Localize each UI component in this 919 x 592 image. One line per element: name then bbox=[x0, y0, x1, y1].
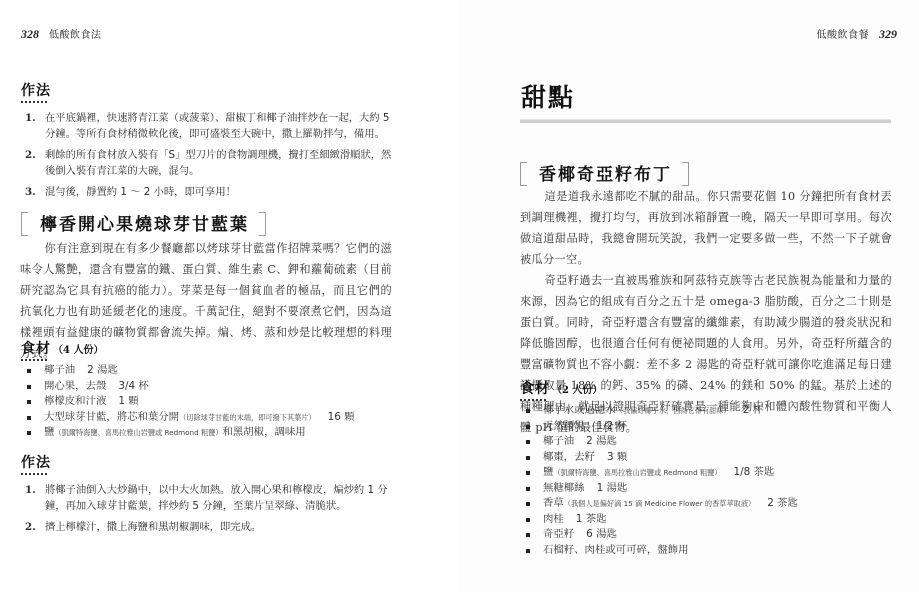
step-text: 混勻後，靜置約 1 ～ 2 小時，即可享用！ bbox=[45, 186, 236, 198]
recipe-title-text: 香椰奇亞籽布丁 bbox=[539, 165, 672, 185]
ingredients-label: 食材 bbox=[520, 381, 550, 397]
ingredient-name: 奇亞籽 bbox=[543, 528, 574, 540]
running-head-right: 低酸飲食餐329 bbox=[817, 26, 898, 42]
step-text: 剩餘的所有食材放入裝有「S」型刀片的食物調理機，攪打至細緻滑順狀，然後倒入裝有青… bbox=[45, 149, 391, 177]
ingredient-amount: 和黑胡椒，調味用 bbox=[223, 426, 306, 438]
ingredient-item: 肉桂1 茶匙 bbox=[524, 512, 914, 528]
chapter-divider bbox=[520, 119, 891, 123]
ingredient-note: （切除球芽甘藍的末端，即可撥下其葉片） bbox=[179, 413, 316, 422]
ingredient-name: 椰子水或過濾水 bbox=[543, 404, 616, 416]
ingredient-item: 檸檬皮和汁液1 顆 bbox=[25, 394, 425, 410]
ingredient-amount: 2 茶匙 bbox=[767, 497, 798, 509]
ingredient-amount: 1 茶匙 bbox=[576, 513, 607, 525]
ingredient-name: 鹽 bbox=[44, 426, 54, 438]
ingredient-amount: 2 湯匙 bbox=[586, 435, 617, 447]
bracket-right bbox=[682, 162, 689, 186]
bracket-left bbox=[21, 212, 28, 236]
dotted-underline bbox=[21, 101, 47, 103]
ingredient-amount: 16 顆 bbox=[328, 411, 355, 423]
ingredient-name: 椰子油 bbox=[44, 364, 75, 376]
ingredient-item: 椰子油2 湯匙 bbox=[524, 434, 914, 450]
ingredient-amount: 1/2 杯 bbox=[597, 420, 627, 432]
step-number: 3. bbox=[25, 184, 36, 200]
ingredient-item: 鹽（凱爾特海鹽、喜馬拉雅山岩鹽或 Redmond 粗鹽）和黑胡椒，調味用 bbox=[25, 425, 425, 441]
ingredient-note: （凱爾特海鹽、喜馬拉雅山岩鹽或 Redmond 粗鹽） bbox=[54, 428, 222, 437]
step-number: 2. bbox=[25, 519, 36, 535]
ingredient-amount: 2 杯 bbox=[743, 404, 763, 416]
ingredient-name: 石榴籽、肉桂或可可碎，盤飾用 bbox=[543, 544, 688, 556]
ingredient-name: 香草 bbox=[543, 497, 564, 509]
dotted-underline bbox=[21, 359, 47, 361]
step-number: 1. bbox=[25, 110, 36, 126]
ingredient-list: 椰子水或過濾水（我偏好椰子水，因為它帶有甜味）2 杯 天然腰果1/2 杯 椰子油… bbox=[524, 403, 914, 558]
running-title: 低酸飲食餐 bbox=[817, 30, 870, 41]
description-paragraph: 這是道我永遠都吃不膩的甜品。你只需要花個 10 分鐘把所有食材丟到調理機裡，攪打… bbox=[520, 186, 892, 270]
method-steps-1: 1.在平底鍋裡，快速將青江菜（或菠菜）、甜椒丁和椰子油拌炒在一起，大約 5 分鐘… bbox=[25, 110, 397, 205]
step-text: 將椰子油倒入大炒鍋中，以中大火加熱。放入開心果和檸檬皮，煸炒約 1 分鐘，再加入… bbox=[45, 484, 388, 512]
recipe-title: 檸香開心果燒球芽甘藍葉 bbox=[21, 210, 266, 238]
ingredient-item: 椰子水或過濾水（我偏好椰子水，因為它帶有甜味）2 杯 bbox=[524, 403, 914, 419]
ingredient-item: 香草（我個人是偏好滴 15 滴 Medicine Flower 的香草萃取液）2… bbox=[524, 496, 914, 512]
step-item: 2.剩餘的所有食材放入裝有「S」型刀片的食物調理機，攪打至細緻滑順狀，然後倒入裝… bbox=[25, 147, 397, 179]
ingredient-name: 大型球芽甘藍，將芯和葉分開 bbox=[44, 411, 179, 423]
ingredient-amount: 3 顆 bbox=[607, 451, 627, 463]
ingredient-item: 椰棗，去籽3 顆 bbox=[524, 450, 914, 466]
ingredient-note: （凱爾特海鹽、喜馬拉雅山岩鹽或 Redmond 粗鹽） bbox=[553, 468, 721, 477]
step-number: 1. bbox=[25, 482, 36, 498]
servings: （2 人份） bbox=[552, 385, 602, 396]
step-text: 在平底鍋裡，快速將青江菜（或菠菜）、甜椒丁和椰子油拌炒在一起，大約 5 分鐘。等… bbox=[45, 112, 389, 140]
ingredient-item: 大型球芽甘藍，將芯和葉分開（切除球芽甘藍的末端，即可撥下其葉片）16 顆 bbox=[25, 410, 425, 426]
ingredient-item: 奇亞籽6 湯匙 bbox=[524, 527, 914, 543]
ingredient-name: 無糖椰絲 bbox=[543, 482, 585, 494]
step-item: 1.將椰子油倒入大炒鍋中，以中大火加熱。放入開心果和檸檬皮，煸炒約 1 分鐘，再… bbox=[25, 482, 397, 514]
method-heading: 作法 bbox=[21, 80, 51, 103]
ingredient-note: （我偏好椰子水，因為它帶有甜味） bbox=[616, 406, 731, 415]
ingredient-amount: 3/4 杯 bbox=[118, 380, 148, 392]
ingredient-item: 天然腰果1/2 杯 bbox=[524, 419, 914, 435]
ingredient-amount: 1 顆 bbox=[118, 395, 138, 407]
ingredient-list: 椰子油2 湯匙 開心果，去殼3/4 杯 檸檬皮和汁液1 顆 大型球芽甘藍，將芯和… bbox=[25, 363, 425, 441]
step-item: 2.擠上檸檬汁，撒上海鹽和黑胡椒調味，即完成。 bbox=[25, 519, 397, 535]
step-number: 2. bbox=[25, 147, 36, 163]
step-item: 1.在平底鍋裡，快速將青江菜（或菠菜）、甜椒丁和椰子油拌炒在一起，大約 5 分鐘… bbox=[25, 110, 397, 142]
method-steps-2: 1.將椰子油倒入大炒鍋中，以中大火加熱。放入開心果和檸檬皮，煸炒約 1 分鐘，再… bbox=[25, 482, 397, 540]
recipe-title: 香椰奇亞籽布丁 bbox=[520, 160, 689, 188]
servings: （4 人份） bbox=[53, 345, 103, 356]
ingredients-label: 食材 bbox=[21, 341, 51, 357]
ingredient-note: （我個人是偏好滴 15 滴 Medicine Flower 的香草萃取液） bbox=[564, 499, 755, 508]
step-item: 3.混勻後，靜置約 1 ～ 2 小時，即可享用！ bbox=[25, 184, 397, 200]
ingredients-heading: 食材（4 人份） bbox=[21, 338, 103, 361]
ingredient-amount: 2 湯匙 bbox=[87, 364, 118, 376]
ingredient-amount: 6 湯匙 bbox=[586, 528, 617, 540]
running-head-left: 328低酸飲食法 bbox=[21, 26, 102, 42]
ingredient-name: 鹽 bbox=[543, 466, 553, 478]
dotted-underline bbox=[21, 473, 47, 475]
page-number: 329 bbox=[879, 27, 897, 41]
bracket-left bbox=[520, 162, 527, 186]
bracket-right bbox=[259, 212, 266, 236]
method-heading-text: 作法 bbox=[21, 455, 51, 471]
right-page: 低酸飲食餐329 甜點 香椰奇亞籽布丁 這是道我永遠都吃不膩的甜品。你只需要花個… bbox=[459, 0, 919, 592]
method-heading-text: 作法 bbox=[21, 83, 51, 99]
method-heading-2: 作法 bbox=[21, 452, 51, 475]
ingredient-item: 石榴籽、肉桂或可可碎，盤飾用 bbox=[524, 543, 914, 559]
ingredient-name: 開心果，去殼 bbox=[44, 380, 106, 392]
ingredient-amount: 1 湯匙 bbox=[597, 482, 628, 494]
ingredient-amount: 1/8 茶匙 bbox=[734, 466, 775, 478]
running-title: 低酸飲食法 bbox=[49, 30, 102, 41]
page-number: 328 bbox=[21, 27, 39, 41]
ingredient-name: 檸檬皮和汁液 bbox=[44, 395, 106, 407]
step-text: 擠上檸檬汁，撒上海鹽和黑胡椒調味，即完成。 bbox=[45, 521, 261, 533]
ingredient-item: 鹽（凱爾特海鹽、喜馬拉雅山岩鹽或 Redmond 粗鹽）1/8 茶匙 bbox=[524, 465, 914, 481]
ingredient-item: 椰子油2 湯匙 bbox=[25, 363, 425, 379]
left-page: 328低酸飲食法 作法 1.在平底鍋裡，快速將青江菜（或菠菜）、甜椒丁和椰子油拌… bbox=[0, 0, 459, 592]
ingredient-name: 椰棗，去籽 bbox=[543, 451, 595, 463]
chapter-title: 甜點 bbox=[521, 78, 575, 114]
ingredient-name: 肉桂 bbox=[543, 513, 564, 525]
recipe-title-text: 檸香開心果燒球芽甘藍葉 bbox=[40, 215, 249, 235]
ingredient-name: 椰子油 bbox=[543, 435, 574, 447]
ingredient-item: 開心果，去殼3/4 杯 bbox=[25, 379, 425, 395]
ingredients-heading: 食材（2 人份） bbox=[520, 378, 602, 401]
ingredient-name: 天然腰果 bbox=[543, 420, 585, 432]
dotted-underline bbox=[520, 399, 546, 401]
ingredient-item: 無糖椰絲1 湯匙 bbox=[524, 481, 914, 497]
